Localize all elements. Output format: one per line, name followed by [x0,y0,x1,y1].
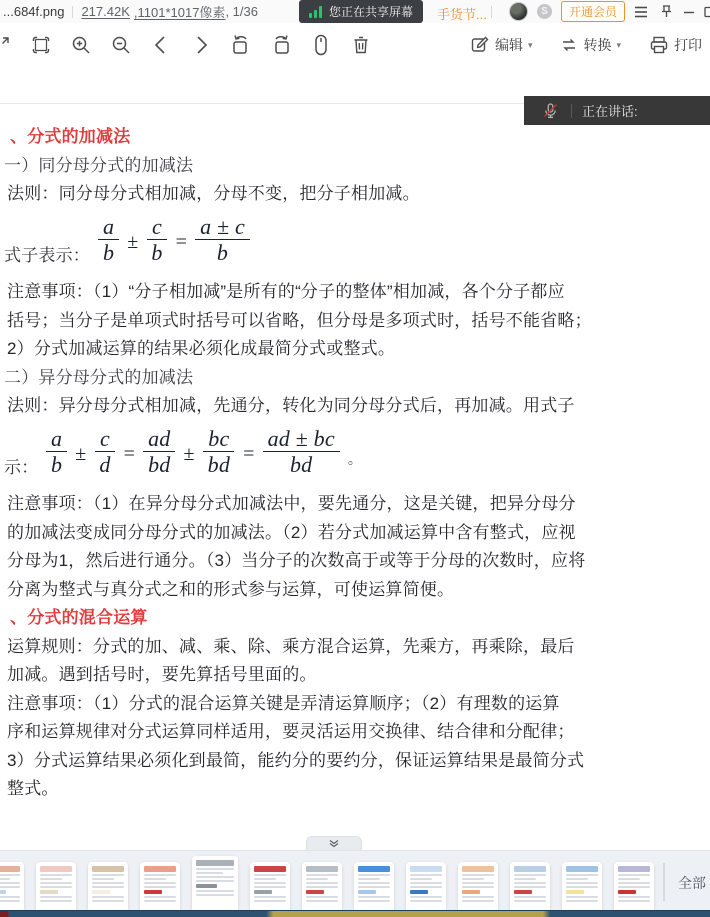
fraction-denominator: d [94,452,115,476]
print-label: 打印 [674,35,702,55]
section-heading: 、分式的混合运算 [4,604,704,633]
delete-icon[interactable] [348,32,374,58]
document-canvas: 正在讲话: 、分式的加减法 一）同分母分式的加减法 法则：同分母分式相加减，分母… [0,67,710,845]
speaking-label: 正在讲话: [582,101,638,120]
chevron-down-icon [329,840,339,847]
print-button[interactable]: 打印 [649,35,702,55]
equals-sign: = [176,222,187,257]
fraction-denominator: bd [203,452,235,476]
chevron-down-icon: ▾ [617,40,622,51]
titlebar-right: 开通会员 [483,0,710,23]
divider [491,6,492,18]
background-window-edge [0,910,710,917]
equals-sign: = [243,434,254,469]
page-thumbnail[interactable] [354,862,394,910]
zoom-in-icon[interactable] [68,32,94,58]
page-thumbnail[interactable] [302,862,342,910]
sharing-toast-label: 您正在共享屏幕 [329,3,413,20]
page-thumbnail[interactable] [510,862,550,910]
edit-icon [470,35,490,55]
chevron-down-icon: ▾ [528,40,533,51]
notes-text: 注意事项：（1）分式的混合运算关键是弄清运算顺序；（2）有理数的运算 [4,690,704,719]
fraction-denominator: b [46,452,67,476]
fraction-numerator: a [46,427,67,452]
menu-icon[interactable] [634,5,650,19]
microphone-muted-icon[interactable] [542,102,559,119]
page-thumbnail[interactable] [562,862,602,910]
page-thumbnail[interactable] [192,856,238,910]
convert-label: 转换 [584,35,612,55]
divider [72,6,73,18]
convert-button[interactable]: 转换 ▾ [559,35,622,55]
collapse-thumbnails-tab[interactable] [306,836,362,850]
notes-text: 注意事项：（1）在异分母分式加减法中，要先通分，这是关键，把异分母分 [4,490,704,519]
promo-link[interactable]: 手货节... [437,4,487,23]
mouse-tool-icon[interactable] [308,32,334,58]
fraction-numerator: a [98,215,119,240]
page-indicator: , 1/36 [225,4,258,19]
fit-page-icon[interactable] [28,32,54,58]
document-text: 、分式的加减法 一）同分母分式的加减法 法则：同分母分式相加减，分母不变，把分子… [0,119,710,804]
page-thumbnail[interactable] [250,862,290,910]
fraction-numerator: c [147,215,167,240]
fullscreen-icon[interactable] [0,32,14,58]
page-thumbnail[interactable] [36,862,76,910]
notes-text: 括号；当分子是单项式时括号可以省略，但分母是多项式时，括号不能省略； [4,307,704,336]
rule-text: 加减。遇到括号时，要先算括号里面的。 [4,661,704,690]
rotate-right-icon[interactable] [268,32,294,58]
notes-text: 2）分式加减运算的结果必须化成最简分式或整式。 [4,335,704,364]
user-avatar[interactable] [509,2,528,21]
fraction-numerator: ad ± bc [263,427,340,452]
plus-minus-sign: ± [183,434,194,469]
fraction-denominator: b [146,240,167,264]
equals-sign: = [124,434,135,469]
subsection-heading: 一）同分母分式的加减法 [4,152,704,181]
plus-minus-sign: ± [75,434,86,469]
fraction-denominator: bd [143,452,175,476]
notes-text: 分母为1，然后进行通分。（3）当分子的次数高于或等于分母的次数时，应将 [4,547,704,576]
period-mark: 。 [348,447,362,476]
notes-text: 3）分式运算结果必须化到最简，能约分的要约分，保证运算结果是最简分式 [4,747,704,776]
edit-label: 编辑 [495,35,523,55]
maximize-icon[interactable] [704,6,710,18]
thumbnail-row [0,856,654,910]
image-viewer-window: ...684f.png 217.42K ,1101*1017像素 , 1/36 … [0,0,710,917]
divider [571,104,572,118]
fraction-numerator: bc [203,427,234,452]
file-size-link[interactable]: 217.42K [81,4,129,19]
notes-text: 的加减法变成同分母分式的加减法。（2）若分式加减运算中含有整式，应视 [4,519,704,548]
section-heading: 、分式的加减法 [4,123,704,152]
previous-image-icon[interactable] [148,32,174,58]
divider [663,863,665,901]
fraction-numerator: c [95,427,115,452]
viewer-toolbar: 编辑 ▾ 转换 ▾ 打印 [0,23,710,67]
subsection-heading: 二）异分母分式的加减法 [4,364,704,393]
page-thumbnail[interactable] [406,862,446,910]
plus-minus-sign: ± [127,222,138,257]
edit-button[interactable]: 编辑 ▾ [470,35,533,55]
rotate-left-icon[interactable] [228,32,254,58]
fraction-denominator: b [212,240,233,264]
coin-icon[interactable] [537,4,552,19]
rule-text: 运算规则：分式的加、减、乘、除、乘方混合运算，先乘方，再乘除，最后 [4,633,704,662]
all-pages-button[interactable]: 全部 [678,873,706,893]
open-vip-button[interactable]: 开通会员 [561,1,625,22]
fraction-numerator: ad [143,427,175,452]
page-thumbnail[interactable] [458,862,498,910]
notes-text: 注意事项：（1）“分子相加减”是所有的“分子的整体”相加减，各个分子都应 [4,278,704,307]
rule-text: 法则：同分母分式相加减，分母不变，把分子相加减。 [4,180,704,209]
fraction-denominator: b [98,240,119,264]
print-icon [649,35,669,55]
pin-icon[interactable] [659,4,674,19]
notes-text: 整式。 [4,775,704,804]
fraction-numerator: a ± c [195,215,250,240]
convert-icon [559,35,579,55]
thumbnail-strip: 全部 [0,850,710,910]
titlebar: ...684f.png 217.42K ,1101*1017像素 , 1/36 … [0,0,710,23]
next-image-icon[interactable] [188,32,214,58]
rule-text: 法则：异分母分式相加减，先通分，转化为同分母分式后，再加减。用式子 [4,392,704,421]
screen-sharing-toast: 您正在共享屏幕 [299,0,423,23]
volume-bars-icon [309,6,322,18]
notes-text: 分离为整式与真分式之和的形式参与运算，可使运算简便。 [4,576,704,605]
page-thumbnail[interactable] [0,862,24,910]
fraction-denominator: bd [285,452,317,476]
file-name: ...684f.png [3,4,64,19]
minimize-icon[interactable] [683,6,695,18]
notes-text: 序和运算规律对分式运算同样适用，要灵活运用交换律、结合律和分配律； [4,718,704,747]
page-thumbnail[interactable] [140,862,180,910]
page-thumbnail[interactable] [88,862,128,910]
page-thumbnail[interactable] [614,862,654,910]
meeting-speaking-bar: 正在讲话: [524,96,710,125]
zoom-out-icon[interactable] [108,32,134,58]
image-dimensions-link[interactable]: ,1101*1017像素 [134,2,226,21]
